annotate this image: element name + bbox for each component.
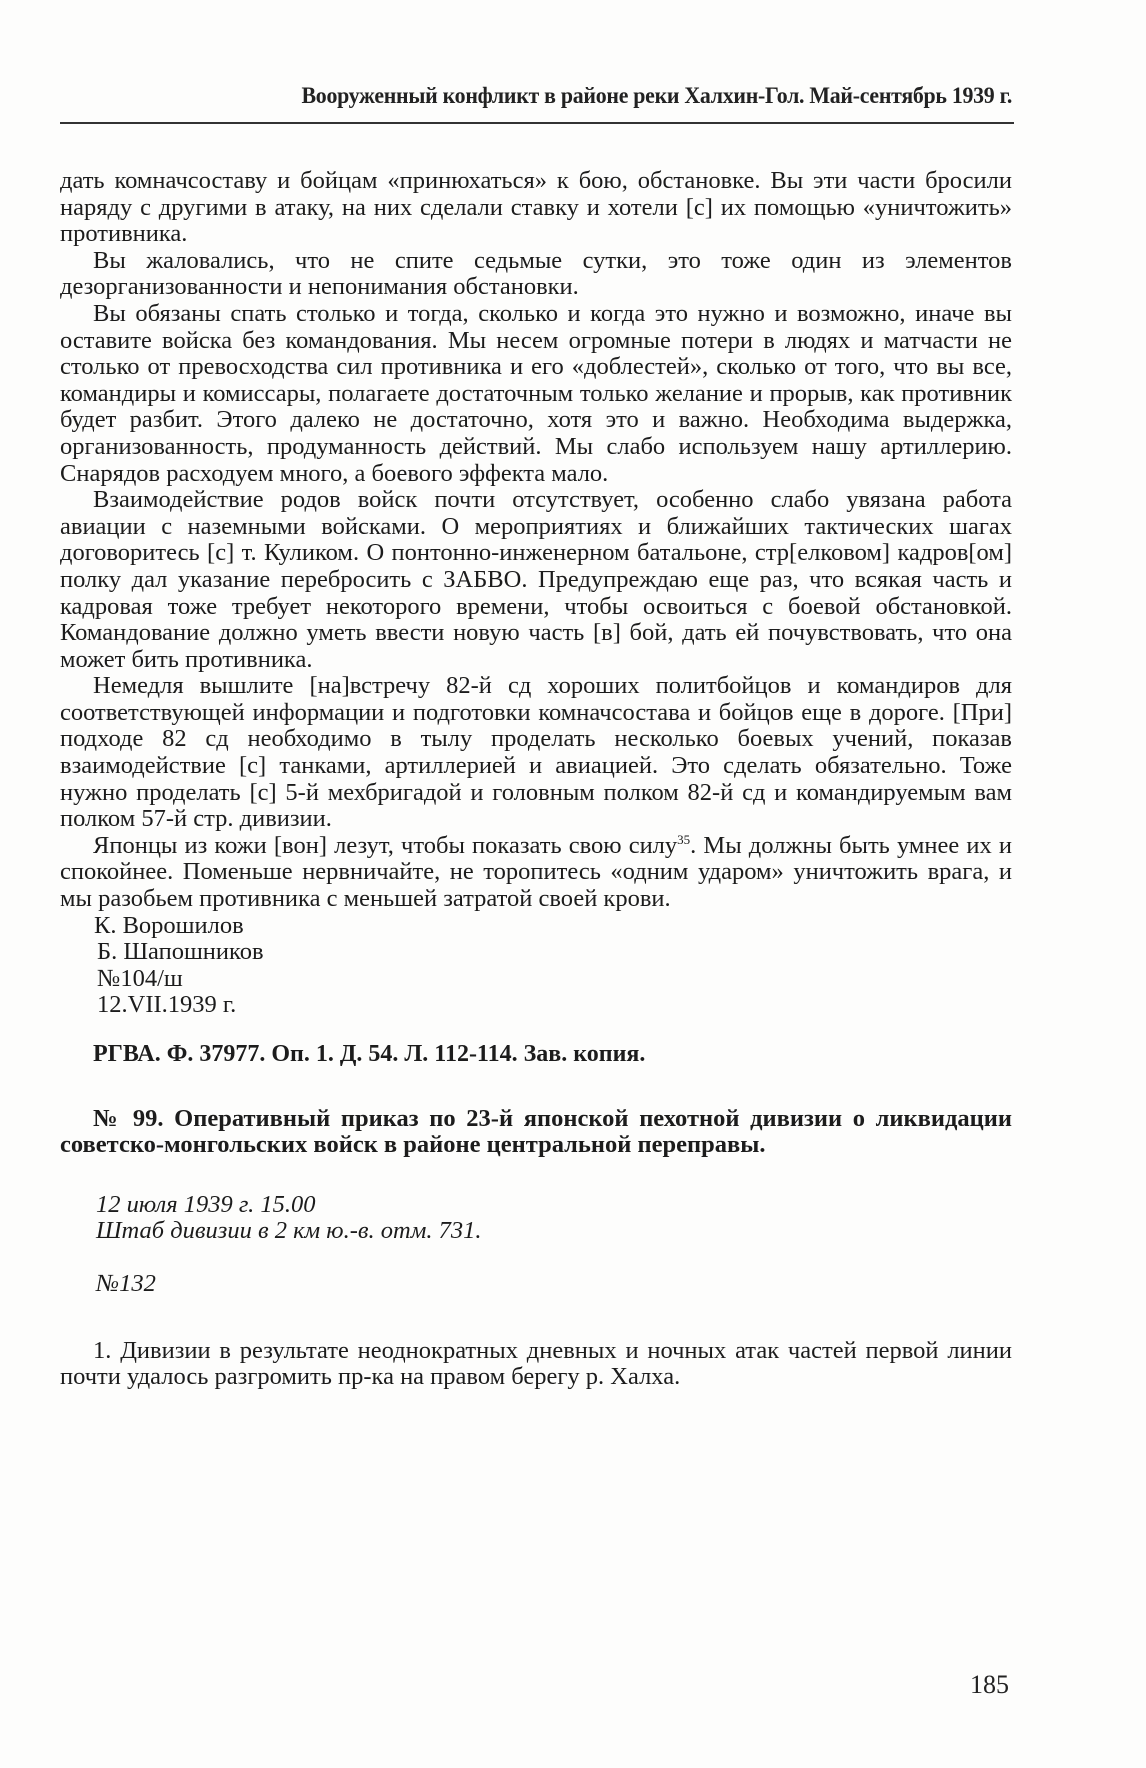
running-head: Вооруженный конфликт в районе реки Халхи… <box>127 83 1012 110</box>
page-number: 185 <box>970 1670 1009 1700</box>
paragraph-japan: Японцы из кожи [вон] лезут, чтобы показа… <box>60 833 1012 913</box>
page-body: дать комначсоставу и бойцам «принюхаться… <box>60 168 1012 1391</box>
paragraph-text: Японцы из кожи [вон] лезут, чтобы показа… <box>93 832 677 859</box>
signer-shaposhnikov: Б. Шапошников <box>60 939 1012 966</box>
paragraph: Вы жаловались, что не спите седьмые сутк… <box>60 248 1012 301</box>
paragraph: Вы обязаны спать столько и тогда, скольк… <box>60 301 1012 487</box>
order-number: №132 <box>60 1271 1012 1298</box>
paragraph: 1. Дивизии в результате неоднократных дн… <box>60 1338 1012 1391</box>
paragraph: Взаимодействие родов войск почти отсутст… <box>60 487 1012 673</box>
paragraph: Немедля вышлите [на]встречу 82-й сд хоро… <box>60 673 1012 833</box>
book-page: Вооруженный конфликт в районе реки Халхи… <box>0 0 1146 1768</box>
footnote-reference[interactable]: 35 <box>677 832 690 847</box>
archive-reference: РГВА. Ф. 37977. Оп. 1. Д. 54. Л. 112-114… <box>60 1041 1012 1068</box>
document-location: Штаб дивизии в 2 км ю.-в. отм. 731. <box>60 1218 1012 1245</box>
document-date: 12.VII.1939 г. <box>60 992 1012 1019</box>
paragraph: дать комначсоставу и бойцам «принюхаться… <box>60 168 1012 248</box>
document-title: № 99. Оперативный приказ по 23-й японско… <box>60 1106 1012 1159</box>
document-datetime: 12 июля 1939 г. 15.00 <box>60 1192 1012 1219</box>
signer-voroshilov: К. Ворошилов <box>60 913 1012 940</box>
document-number: №104/ш <box>60 966 1012 993</box>
header-rule-divider <box>60 122 1014 124</box>
